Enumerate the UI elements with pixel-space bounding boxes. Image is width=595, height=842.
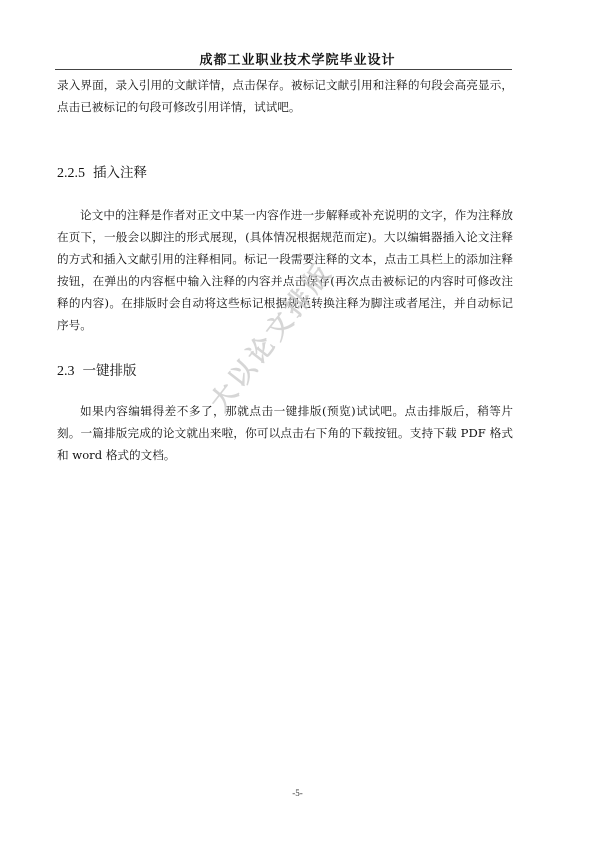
section-number: 2.3 <box>57 364 75 379</box>
section-heading-2-3: 2.3一键排版 <box>57 359 137 380</box>
section-number: 2.2.5 <box>57 166 85 181</box>
section-title: 一键排版 <box>83 363 137 379</box>
section-title: 插入注释 <box>93 165 147 181</box>
document-page: 成都工业职业技术学院毕业设计 录入界面，录入引用的文献详情，点击保存。被标记文献… <box>0 0 595 842</box>
section-paragraph-2-2-5: 论文中的注释是作者对正文中某一内容作进一步解释或补充说明的文字，作为注释放在页下… <box>57 204 513 336</box>
page-header-title: 成都工业职业技术学院毕业设计 <box>0 49 595 68</box>
intro-paragraph: 录入界面，录入引用的文献详情，点击保存。被标记文献引用和注释的句段会高亮显示，点… <box>57 74 513 118</box>
section-paragraph-2-3: 如果内容编辑得差不多了，那就点击一键排版(预览)试试吧。点击排版后，稍等片刻。一… <box>57 400 513 466</box>
page-number: -5- <box>0 788 595 798</box>
header-divider <box>55 69 512 70</box>
section-heading-2-2-5: 2.2.5插入注释 <box>57 161 147 182</box>
